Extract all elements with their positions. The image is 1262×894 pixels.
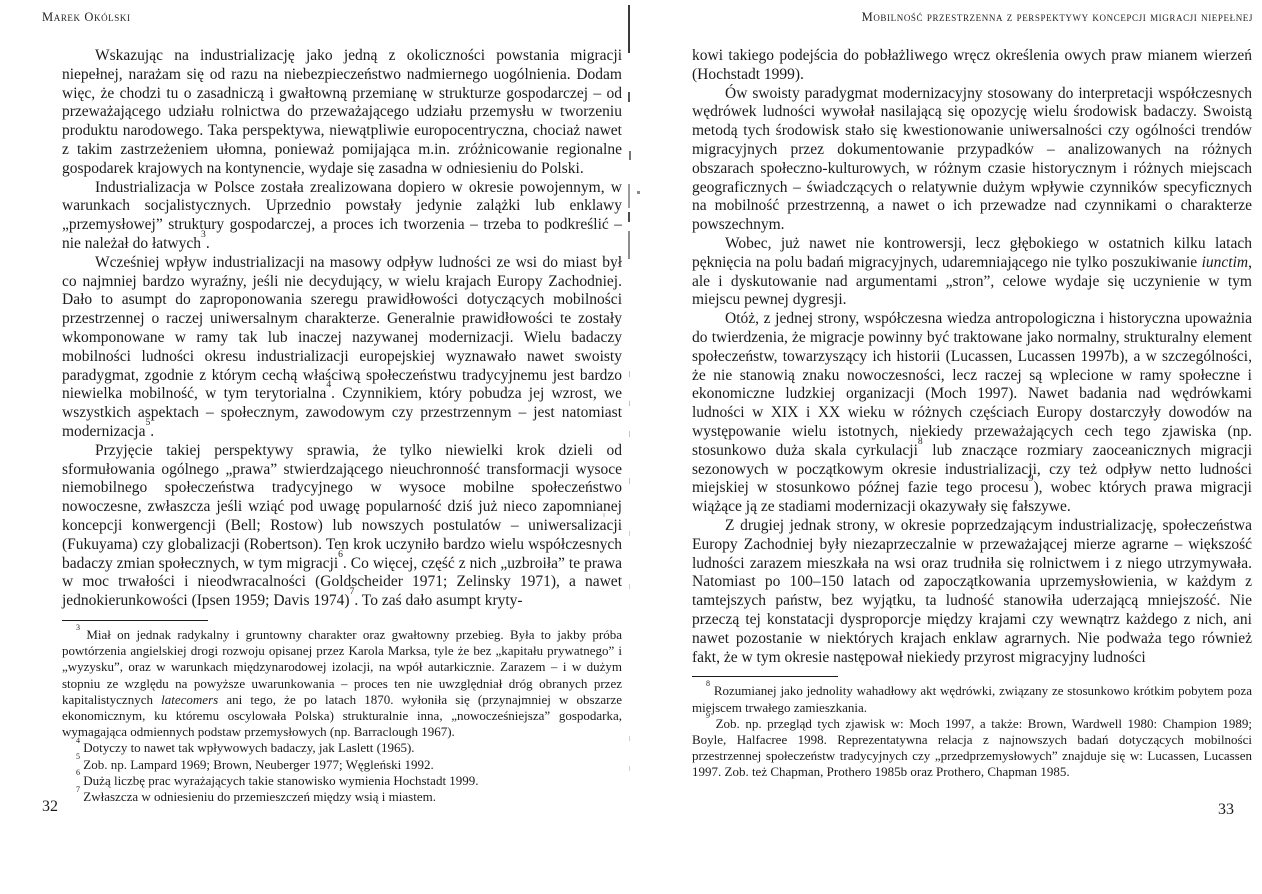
footnote: 6 Dużą liczbę prac wyrażających takie st… [62,773,622,789]
paragraph: Wskazując na industrializację jako jedną… [62,47,622,179]
gutter-shadow [628,92,630,102]
gutter-shadow [629,401,630,406]
footnote: 3 Miał on jednak radykalny i gruntowny c… [62,627,622,740]
gutter-shadow [629,766,630,771]
book-spread: { "running_heads": { "left": "Marek Okól… [0,0,1262,894]
page-number: 33 [1218,801,1234,819]
page-right: kowi takiego podejścia do pobłażliwego w… [692,47,1252,781]
gutter-shadow [603,513,605,517]
paragraph: Industrializacja w Polsce została zreali… [62,179,622,254]
gutter-shadow [637,191,640,194]
gutter-shadow [629,151,631,160]
footnote: 8 Rozumianej jako jednolity wahadłowy ak… [692,683,1252,715]
page-left: Wskazując na industrializację jako jedną… [62,47,622,805]
paragraph: kowi takiego podejścia do pobłażliwego w… [692,47,1252,85]
footnote: 5 Zob. np. Lampard 1969; Brown, Neuberge… [62,757,622,773]
gutter-shadow [629,736,630,741]
gutter-shadow [628,212,630,222]
footnote-separator [62,620,208,621]
paragraph: Z drugiej jednak strony, w okresie poprz… [692,517,1252,667]
gutter-shadow [628,231,630,259]
gutter-shadow [629,531,630,536]
page-number: 32 [42,798,58,816]
gutter-shadow [628,5,630,53]
paragraph: Otóż, z jednej strony, współczesna wiedz… [692,310,1252,517]
running-head-author: Marek Okólski [42,10,131,25]
footnote: 4 Dotyczy to nawet tak wpływowych badacz… [62,740,622,756]
footnotes-block: 8 Rozumianej jako jednolity wahadłowy ak… [692,683,1252,780]
paragraph: Wcześniej wpływ industrializacji na maso… [62,254,622,442]
paragraph: Wobec, już nawet nie kontrowersji, lecz … [692,235,1252,310]
footnote-separator [692,676,838,677]
gutter-shadow [628,184,630,208]
footnote: 9 Zob. np. przegląd tych zjawisk w: Moch… [692,716,1252,781]
paragraph: Ów swoisty paradygmat modernizacyjny sto… [692,85,1252,235]
footnote: 7 Zwłaszcza w odniesieniu do przemieszcz… [62,789,622,805]
paragraph: Przyjęcie takiej perspektywy sprawia, że… [62,442,622,611]
gutter-shadow [629,431,630,437]
gutter-shadow [629,371,630,377]
footnotes-block: 3 Miał on jednak radykalny i gruntowny c… [62,627,622,805]
gutter-shadow [629,584,630,589]
running-head-title: Mobilność przestrzenna z perspektywy kon… [640,10,1253,25]
gutter-shadow [629,478,630,484]
